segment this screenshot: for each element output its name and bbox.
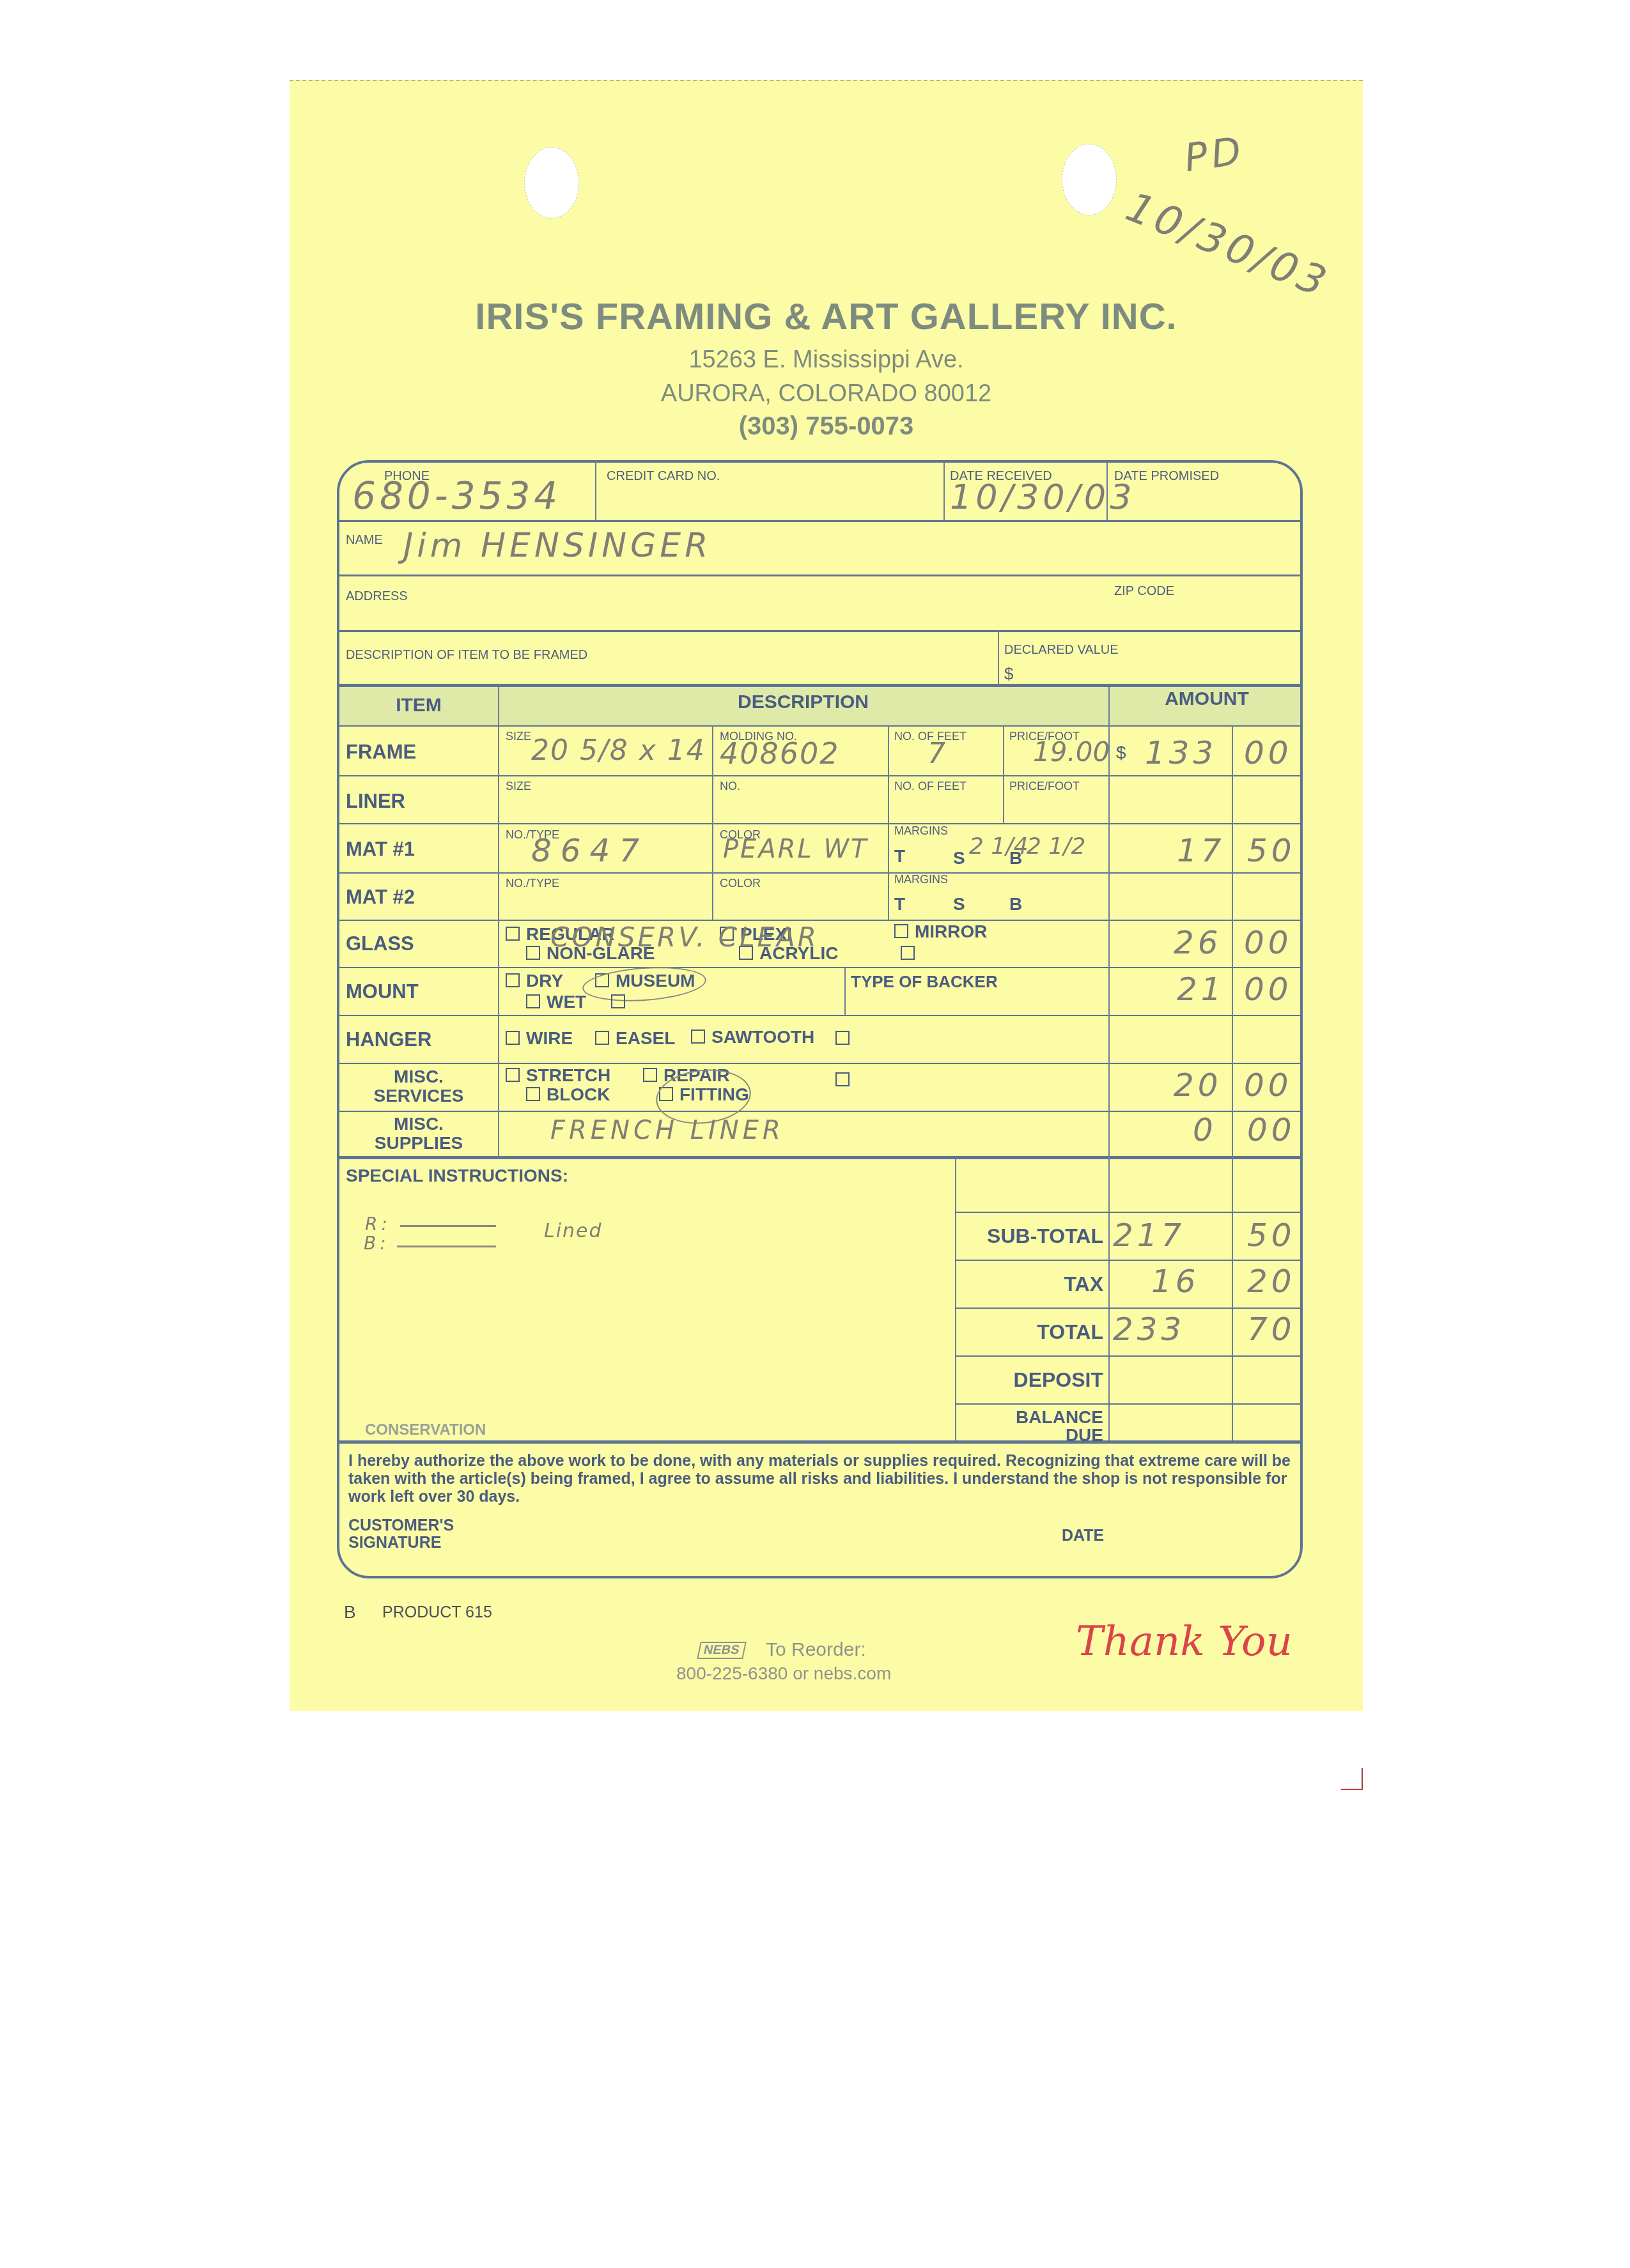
subtotal-label: SUB-TOTAL <box>975 1226 1103 1246</box>
total-cents[interactable]: 70 <box>1247 1311 1296 1348</box>
special-note-b: B: <box>364 1233 390 1254</box>
checkbox-icon <box>506 927 520 941</box>
mat2-margin-t: T <box>894 894 905 914</box>
mat1-margin-b: B <box>1009 848 1022 868</box>
declared-value-label: DECLARED VALUE <box>1004 643 1119 658</box>
company-city: AURORA, COLORADO 80012 <box>290 380 1363 408</box>
checkbox-icon <box>526 1087 540 1101</box>
services-amount-dollars[interactable]: 20 <box>1174 1067 1222 1104</box>
row-mount-label: MOUNT <box>346 982 419 1001</box>
frame-price-field[interactable]: 19.00 <box>1033 736 1110 768</box>
glass-mirror-checkbox[interactable]: MIRROR <box>894 922 988 942</box>
mat1-margins-label: MARGINS <box>894 824 948 838</box>
hanger-other-checkbox[interactable] <box>835 1028 856 1049</box>
total-label: TOTAL <box>975 1322 1103 1341</box>
row-hanger-label: HANGER <box>346 1030 431 1049</box>
frame-amount-cents[interactable]: 00 <box>1244 734 1292 771</box>
checkbox-icon <box>506 1031 520 1045</box>
special-note-line-b <box>397 1246 496 1247</box>
mount-dry-checkbox[interactable]: DRY <box>506 971 563 991</box>
mat1-margin-t: T <box>894 846 905 867</box>
supplies-amount-dollars[interactable]: 0 <box>1193 1111 1217 1148</box>
row-liner-label: LINER <box>346 792 405 811</box>
row-frame-label: FRAME <box>346 743 416 762</box>
total-dollars[interactable]: 233 <box>1113 1311 1185 1348</box>
mount-other-checkbox[interactable] <box>611 992 632 1012</box>
mat1-type-field[interactable]: 8647 <box>531 832 648 869</box>
mat1-amount-cents[interactable]: 50 <box>1247 832 1296 869</box>
authorization-text: I hereby authorize the above work to be … <box>348 1452 1294 1506</box>
punch-hole-left <box>524 147 579 219</box>
row-mat1-label: MAT #1 <box>346 840 415 859</box>
services-amount-cents[interactable]: 00 <box>1244 1067 1292 1104</box>
name-label: NAME <box>346 533 383 548</box>
mat1-color-field[interactable]: PEARL WT <box>723 835 869 864</box>
frame-molding-field[interactable]: 408602 <box>720 736 840 771</box>
checkbox-icon <box>901 946 915 960</box>
checkbox-icon <box>595 1031 609 1045</box>
liner-no-label: NO. <box>720 780 740 793</box>
special-instructions-label: SPECIAL INSTRUCTIONS: <box>346 1166 568 1186</box>
checkbox-icon <box>835 1072 850 1086</box>
frame-size-field[interactable]: 20 5/8 x 14 <box>531 734 706 767</box>
tax-label: TAX <box>975 1274 1103 1293</box>
customer-signature-label: CUSTOMER'SSIGNATURE <box>348 1517 454 1552</box>
paid-note: PD <box>1182 128 1248 181</box>
company-address: 15263 E. Mississippi Ave. <box>290 346 1363 374</box>
mat1-amount-dollars[interactable]: 17 <box>1177 832 1225 869</box>
glass-other-checkbox[interactable] <box>901 943 921 964</box>
mat2-margin-b: B <box>1009 894 1022 914</box>
hanger-easel-checkbox[interactable]: EASEL <box>595 1028 675 1049</box>
deposit-label: DEPOSIT <box>975 1370 1103 1389</box>
checkbox-icon <box>611 994 625 1008</box>
services-other-checkbox[interactable] <box>835 1070 856 1090</box>
checkbox-icon <box>835 1031 850 1045</box>
hanger-sawtooth-checkbox[interactable]: SAWTOOTH <box>691 1027 814 1047</box>
mount-wet-checkbox[interactable]: WET <box>526 992 586 1012</box>
mount-amount-cents[interactable]: 00 <box>1244 971 1292 1008</box>
name-field[interactable]: Jim HENSINGER <box>403 527 711 565</box>
checkbox-icon <box>526 994 540 1008</box>
copy-letter: B <box>344 1602 356 1623</box>
checkbox-icon <box>506 973 520 987</box>
mat2-margin-s: S <box>953 894 965 914</box>
checkbox-icon <box>691 1030 705 1044</box>
row-misc-supplies-label: MISC.SUPPLIES <box>339 1115 498 1153</box>
work-order-form: PD 10/30/03 IRIS'S FRAMING & ART GALLERY… <box>290 80 1363 1711</box>
signature-date-label: DATE <box>1062 1527 1104 1545</box>
nebs-logo: NEBS <box>697 1642 746 1659</box>
header-item: ITEM <box>339 696 498 715</box>
mat2-type-label: NO./TYPE <box>506 877 559 890</box>
frame-currency: $ <box>1116 743 1126 763</box>
checkbox-icon <box>643 1068 657 1082</box>
declared-value-currency: $ <box>1004 664 1013 684</box>
services-stretch-checkbox[interactable]: STRETCH <box>506 1065 610 1086</box>
supplies-handwritten-note[interactable]: FRENCH LINER <box>550 1116 784 1145</box>
address-label: ADDRESS <box>346 589 408 604</box>
signature-date-field[interactable] <box>1119 1517 1279 1555</box>
deposit-dollars-field[interactable] <box>1113 1361 1228 1399</box>
paid-date-note: 10/30/03 <box>1119 183 1336 307</box>
conservation-watermark: CONSERVATION <box>365 1421 486 1439</box>
services-block-checkbox[interactable]: BLOCK <box>526 1084 610 1105</box>
checkbox-icon <box>526 946 540 960</box>
customer-signature-field[interactable] <box>480 1517 928 1555</box>
row-misc-services-label: MISC.SERVICES <box>339 1067 498 1106</box>
subtotal-dollars[interactable]: 217 <box>1113 1217 1185 1254</box>
museum-circled-mark <box>581 963 707 1005</box>
date-received-field[interactable]: 10/30/03 <box>950 477 1136 517</box>
header-amount: AMOUNT <box>1108 690 1303 709</box>
credit-card-label: CREDIT CARD NO. <box>607 469 720 484</box>
glass-amount-cents[interactable]: 00 <box>1244 924 1292 961</box>
mat1-margin-b-field[interactable]: 2 1/2 <box>1027 833 1085 860</box>
liner-feet-label: NO. OF FEET <box>894 780 966 793</box>
tax-dollars[interactable]: 16 <box>1151 1263 1200 1300</box>
row-mat2-label: MAT #2 <box>346 888 415 907</box>
description-label: DESCRIPTION OF ITEM TO BE FRAMED <box>346 648 587 663</box>
frame-amount-dollars[interactable]: 133 <box>1145 734 1217 771</box>
company-name: IRIS'S FRAMING & ART GALLERY INC. <box>290 295 1363 338</box>
frame-feet-field[interactable]: 7 <box>928 737 949 770</box>
reorder-label: To Reorder: <box>766 1639 866 1661</box>
product-number: PRODUCT 615 <box>382 1603 492 1622</box>
liner-size-label: SIZE <box>506 780 531 793</box>
date-promised-label: DATE PROMISED <box>1114 469 1219 484</box>
glass-amount-dollars[interactable]: 26 <box>1174 924 1222 961</box>
special-note-line-r <box>400 1225 496 1227</box>
balance-due-label: BALANCEDUE <box>975 1408 1103 1444</box>
reorder-contact: 800-225-6380 or nebs.com <box>676 1663 891 1684</box>
frame-size-label: SIZE <box>506 730 531 743</box>
punch-hole-right <box>1062 144 1117 215</box>
checkbox-icon <box>506 1068 520 1082</box>
glass-handwritten-note: CONSERV. CLEAR <box>550 922 819 953</box>
mount-amount-dollars[interactable]: 21 <box>1177 971 1225 1008</box>
row-glass-label: GLASS <box>346 934 414 953</box>
liner-price-label: PRICE/FOOT <box>1009 780 1080 793</box>
order-form-box: PHONE 680-3534 CREDIT CARD NO. DATE RECE… <box>337 460 1303 1578</box>
mat2-margins-label: MARGINS <box>894 873 948 886</box>
special-note-r: R: <box>365 1214 391 1235</box>
checkbox-icon <box>894 924 908 938</box>
corner-mark <box>1341 1768 1363 1790</box>
mat2-color-label: COLOR <box>720 877 761 890</box>
thank-you-script: Thank You <box>1076 1618 1292 1665</box>
header-description: DESCRIPTION <box>498 693 1108 712</box>
special-note-text: Lined <box>544 1220 603 1242</box>
subtotal-cents[interactable]: 50 <box>1247 1217 1296 1254</box>
tax-cents[interactable]: 20 <box>1247 1263 1296 1300</box>
backer-type-label: TYPE OF BACKER <box>851 972 998 992</box>
phone-field[interactable]: 680-3534 <box>352 474 561 518</box>
supplies-amount-cents[interactable]: 00 <box>1247 1111 1296 1148</box>
hanger-wire-checkbox[interactable]: WIRE <box>506 1028 573 1049</box>
zip-code-label: ZIP CODE <box>1114 584 1174 599</box>
mat1-margin-s: S <box>953 848 965 868</box>
company-phone: (303) 755-0073 <box>290 412 1363 441</box>
